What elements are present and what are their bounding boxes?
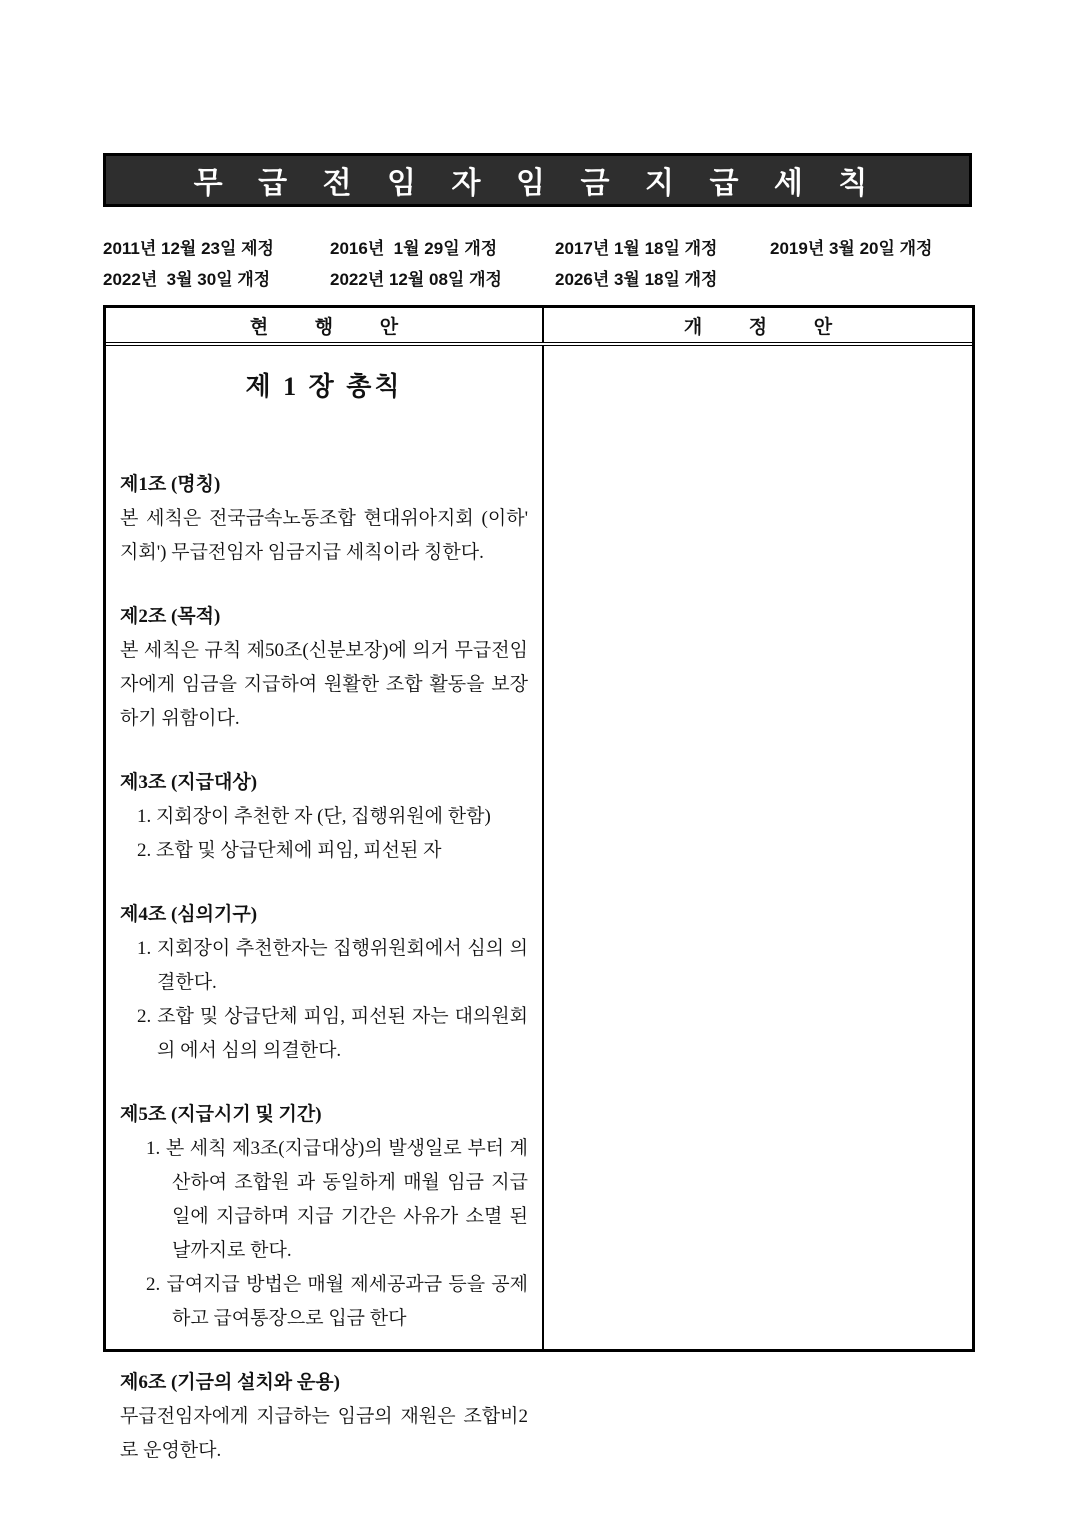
article-title: 제4조 (심의기구)	[120, 898, 528, 932]
revision-entry: 2022년 3월 30일 개정	[103, 269, 330, 290]
article-item: 1. 지회장이 추천한 자 (단, 집행위원에 한함)	[120, 800, 528, 834]
article-title: 제3조 (지급대상)	[120, 766, 528, 800]
article-item: 1. 지회장이 추천한자는 집행위원회에서 심의 의결한다.	[120, 932, 528, 1000]
document-title-banner: 무 급 전 임 자 임 금 지 급 세 칙	[103, 153, 972, 207]
article-body: 본 세칙은 전국금속노동조합 현대위아지회 (이하' 지회') 무급전임자 임금…	[120, 502, 528, 570]
article-item: 1. 본 세칙 제3조(지급대상)의 발생일로 부터 계산하여 조합원 과 동일…	[120, 1132, 528, 1268]
article-title: 제1조 (명칭)	[120, 468, 528, 502]
article-1: 제1조 (명칭) 본 세칙은 전국금속노동조합 현대위아지회 (이하' 지회')…	[120, 468, 528, 570]
revision-entry: 2011년 12월 23일 제정	[103, 238, 330, 259]
revision-history: 2011년 12월 23일 제정 2016년 1월 29일 개정 2017년 1…	[103, 238, 975, 290]
article-body: 본 세칙은 규칙 제50조(신분보장)에 의거 무급전임자에게 임금을 지급하여…	[120, 634, 528, 736]
revision-entry: 2017년 1월 18일 개정	[555, 238, 770, 259]
article-body: 무급전임자에게 지급하는 임금의 재원은 조합비2로 운영한다.	[120, 1400, 528, 1468]
table-header-row: 현 행 안 개 정 안	[106, 308, 972, 346]
article-item: 2. 조합 및 상급단체에 피임, 피선된 자	[120, 834, 528, 868]
revision-entry: 2022년 12월 08일 개정	[330, 269, 555, 290]
article-2: 제2조 (목적) 본 세칙은 규칙 제50조(신분보장)에 의거 무급전임자에게…	[120, 600, 528, 736]
revision-entry: 2026년 3월 18일 개정	[555, 269, 770, 290]
chapter-heading: 제 1 장 총칙	[120, 370, 528, 404]
column-header-current: 현 행 안	[106, 308, 544, 342]
revision-entry: 2016년 1월 29일 개정	[330, 238, 555, 259]
article-title: 제5조 (지급시기 및 기간)	[120, 1098, 528, 1132]
article-5: 제5조 (지급시기 및 기간) 1. 본 세칙 제3조(지급대상)의 발생일로 …	[120, 1098, 528, 1336]
document-page: 무 급 전 임 자 임 금 지 급 세 칙 2011년 12월 23일 제정 2…	[0, 0, 1074, 1518]
column-header-revised: 개 정 안	[544, 308, 972, 342]
article-title: 제2조 (목적)	[120, 600, 528, 634]
article-4: 제4조 (심의기구) 1. 지회장이 추천한자는 집행위원회에서 심의 의결한다…	[120, 898, 528, 1068]
article-item: 2. 급여지급 방법은 매월 제세공과금 등을 공제하고 급여통장으로 입금 한…	[120, 1268, 528, 1336]
article-3: 제3조 (지급대상) 1. 지회장이 추천한 자 (단, 집행위원에 한함) 2…	[120, 766, 528, 868]
article-6: 제6조 (기금의 설치와 운용) 무급전임자에게 지급하는 임금의 재원은 조합…	[120, 1366, 528, 1468]
current-provisions-cell: 제 1 장 총칙 제1조 (명칭) 본 세칙은 전국금속노동조합 현대위아지회 …	[106, 346, 544, 1349]
revision-entry: 2019년 3월 20일 개정	[770, 238, 975, 259]
article-item: 2. 조합 및 상급단체 피임, 피선된 자는 대의원회의 에서 심의 의결한다…	[120, 1000, 528, 1068]
document-title: 무 급 전 임 자 임 금 지 급 세 칙	[194, 158, 882, 202]
comparison-table: 현 행 안 개 정 안 제 1 장 총칙 제1조 (명칭) 본 세칙은 전국금속…	[103, 305, 975, 1352]
article-title: 제6조 (기금의 설치와 운용)	[120, 1366, 528, 1400]
revised-provisions-cell-empty	[544, 346, 972, 1349]
table-body-row: 제 1 장 총칙 제1조 (명칭) 본 세칙은 전국금속노동조합 현대위아지회 …	[106, 346, 972, 1349]
